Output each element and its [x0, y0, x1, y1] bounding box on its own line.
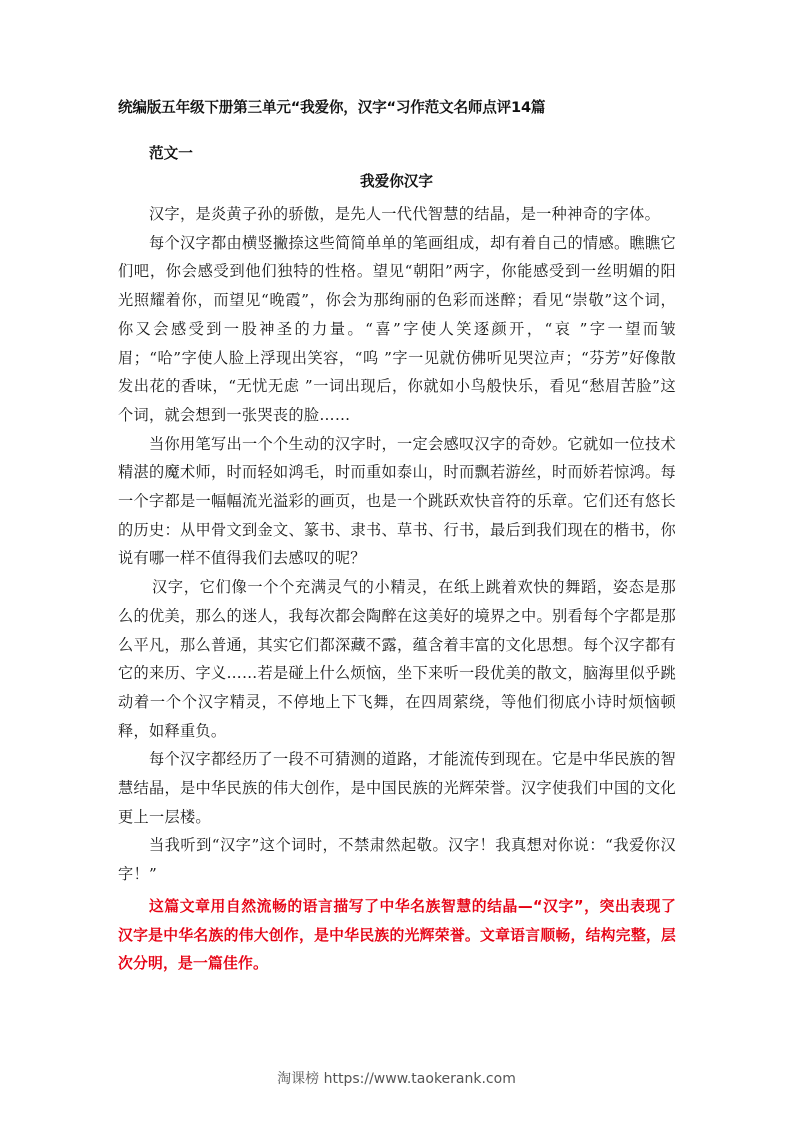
paragraph-3: 当你用笔写出一个个生动的汉字时，一定会感叹汉字的奇妙。它就如一位技术精湛的魔术师…	[118, 430, 676, 574]
essay-title: 我爱你汉字	[0, 172, 793, 192]
document-page: 统编版五年级下册第三单元“我爱你，汉字“习作范文名师点评14篇 范文一 我爱你汉…	[0, 0, 793, 1122]
paragraph-4: 汉字，它们像一个个充满灵气的小精灵，在纸上跳着欢快的舞蹈，姿态是那么的优美，那么…	[118, 573, 676, 745]
document-title: 统编版五年级下册第三单元“我爱你，汉字“习作范文名师点评14篇	[118, 98, 718, 118]
paragraph-6: 当我听到“汉字”这个词时，不禁肃然起敬。汉字！我真想对你说：“我爱你汉字！”	[118, 831, 676, 888]
paragraph-5: 每个汉字都经历了一段不可猜测的道路，才能流传到现在。它是中华民族的智慧结晶，是中…	[118, 745, 676, 831]
paragraph-1: 汉字，是炎黄子孙的骄傲，是先人一代代智慧的结晶，是一种神奇的字体。	[118, 200, 676, 229]
teacher-comment: 这篇文章用自然流畅的语言描写了中华名族智慧的结晶—“汉字”，突出表现了汉字是中华…	[118, 893, 676, 979]
section-label: 范文一	[149, 144, 193, 164]
essay-body: 汉字，是炎黄子孙的骄傲，是先人一代代智慧的结晶，是一种神奇的字体。 每个汉字都由…	[118, 200, 676, 979]
footer-watermark: 淘课榜 https://www.taokerank.com	[0, 1069, 793, 1089]
paragraph-2: 每个汉字都由横竖撇捺这些简简单单的笔画组成，却有着自己的情感。瞧瞧它们吧，你会感…	[118, 229, 676, 430]
